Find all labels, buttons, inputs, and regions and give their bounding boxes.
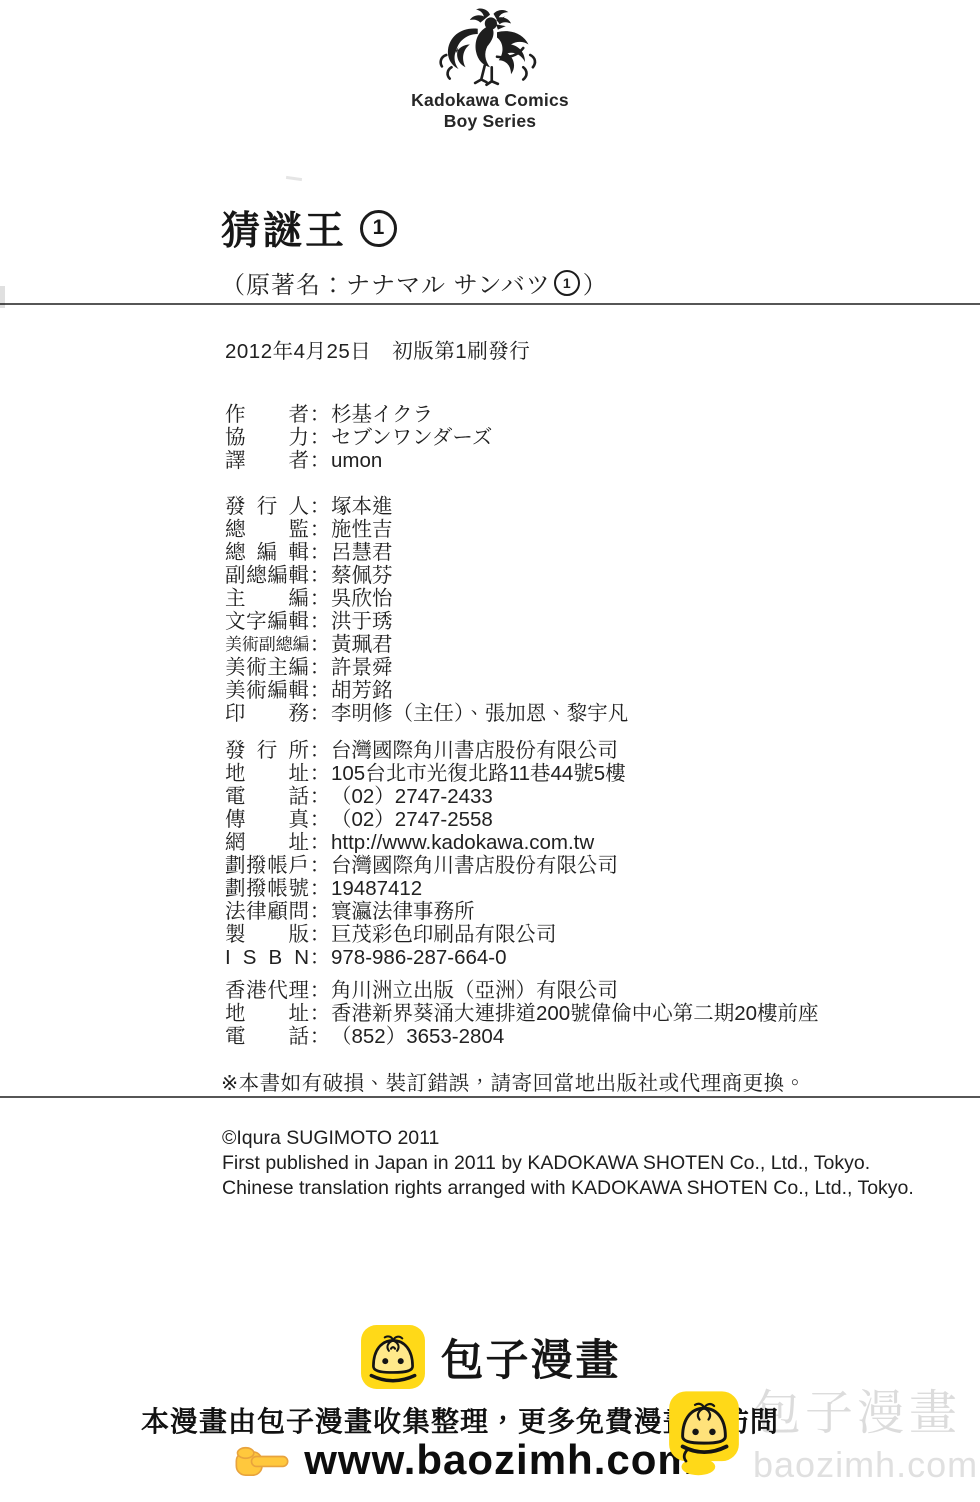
divider-top bbox=[0, 303, 980, 305]
row-label: 傳真 bbox=[225, 808, 309, 831]
copyright-line1: ©Iqura SUGIMOTO 2011 bbox=[222, 1126, 914, 1151]
colophon-row: 製版：巨茂彩色印刷品有限公司 bbox=[225, 923, 626, 946]
row-colon: ： bbox=[309, 426, 331, 449]
row-value: 吳欣怡 bbox=[331, 587, 393, 610]
scanlation-brand-row: 包子漫畫 bbox=[0, 1324, 980, 1390]
row-colon: ： bbox=[309, 1002, 331, 1025]
row-value: セブンワンダーズ bbox=[331, 426, 492, 449]
row-colon: ： bbox=[309, 808, 331, 831]
row-value: （02）2747-2558 bbox=[331, 808, 493, 831]
colophon-row: 地址：105台北市光復北路11巷44號5樓 bbox=[225, 762, 626, 785]
row-colon: ： bbox=[309, 1025, 331, 1048]
row-label: 地址 bbox=[225, 1002, 309, 1025]
row-label: 印務 bbox=[225, 702, 309, 725]
colophon-row: 主編：吳欣怡 bbox=[225, 587, 628, 610]
row-value: 黃珮君 bbox=[331, 633, 393, 656]
book-title-text: 猜謎王 bbox=[221, 200, 347, 256]
hongkong-group: 香港代理：角川洲立出版（亞洲）有限公司 地址：香港新界葵涌大連排道200號偉倫中… bbox=[225, 979, 819, 1048]
publisher-header: Kadokawa Comics Boy Series bbox=[0, 6, 980, 132]
baozi-mascot-icon bbox=[668, 1390, 740, 1476]
colophon-row: 文字編輯：洪于琇 bbox=[225, 610, 628, 633]
publisher-group: 發行所：台灣國際角川書店股份有限公司 地址：105台北市光復北路11巷44號5樓… bbox=[225, 739, 626, 969]
row-value: 杉基イクラ bbox=[331, 403, 433, 426]
colophon-row: 劃撥帳戶：台灣國際角川書店股份有限公司 bbox=[225, 854, 626, 877]
row-value: 呂慧君 bbox=[331, 541, 393, 564]
row-label: 主編 bbox=[225, 587, 309, 610]
colophon-row: 傳真：（02）2747-2558 bbox=[225, 808, 626, 831]
credits-group: 作者：杉基イクラ 協力：セブンワンダーズ 譯者：umon bbox=[225, 403, 492, 472]
title-block: 猜謎王 1 （原著名：ナナマル サンバツ 1 ） bbox=[221, 200, 608, 300]
row-label: 電話 bbox=[225, 1025, 309, 1048]
colophon-row: 香港代理：角川洲立出版（亞洲）有限公司 bbox=[225, 979, 819, 1002]
row-label: 文字編輯 bbox=[225, 610, 309, 633]
row-label: 總編輯 bbox=[225, 541, 309, 564]
print-date: 2012年4月25日 初版第1刷發行 bbox=[225, 334, 530, 364]
row-value: 19487412 bbox=[331, 877, 422, 900]
row-label: 網址 bbox=[225, 831, 309, 854]
row-label: 副總編輯 bbox=[225, 564, 309, 587]
staff-group: 發行人：塚本進 總監：施性吉 總編輯：呂慧君 副總編輯：蔡佩芬 主編：吳欣怡 文… bbox=[225, 495, 628, 725]
row-value: （852）3653-2804 bbox=[331, 1025, 504, 1048]
row-value: 塚本進 bbox=[331, 495, 393, 518]
row-value: 李明修（主任）、張加恩、黎宇凡 bbox=[331, 702, 628, 725]
colophon-row: 美術副總編：黃珮君 bbox=[225, 633, 628, 656]
series-name-line2: Boy Series bbox=[0, 111, 980, 132]
copyright-line2: First published in Japan in 2011 by KADO… bbox=[222, 1151, 914, 1176]
row-value: 胡芳銘 bbox=[331, 679, 393, 702]
colophon-row: 協力：セブンワンダーズ bbox=[225, 426, 492, 449]
row-value: （02）2747-2433 bbox=[331, 785, 493, 808]
row-colon: ： bbox=[309, 854, 331, 877]
damage-return-note: ※本書如有破損、裝訂錯誤，請寄回當地出版社或代理商更換。 bbox=[221, 1066, 806, 1096]
colophon-row: 劃撥帳號：19487412 bbox=[225, 877, 626, 900]
scanlation-brand-name: 包子漫畫 bbox=[441, 1327, 621, 1388]
original-title: （原著名：ナナマル サンバツ 1 ） bbox=[221, 265, 608, 300]
row-label: 地址 bbox=[225, 762, 309, 785]
row-value: 台灣國際角川書店股份有限公司 bbox=[331, 739, 618, 762]
row-label: 譯者 bbox=[225, 449, 309, 472]
colophon-row: 法律顧問：寰瀛法律事務所 bbox=[225, 900, 626, 923]
row-colon: ： bbox=[309, 979, 331, 1002]
row-colon: ： bbox=[309, 518, 331, 541]
series-name-line1: Kadokawa Comics bbox=[0, 90, 980, 111]
colophon-page: { "header": { "series_line1": "Kadokawa … bbox=[0, 0, 980, 1502]
row-colon: ： bbox=[309, 831, 331, 854]
row-label: 法律顧問 bbox=[225, 900, 309, 923]
row-colon: ： bbox=[309, 762, 331, 785]
row-value: 許景舜 bbox=[331, 656, 393, 679]
colophon-row: 印務：李明修（主任）、張加恩、黎宇凡 bbox=[225, 702, 628, 725]
row-value: 角川洲立出版（亞洲）有限公司 bbox=[331, 979, 618, 1002]
row-colon: ： bbox=[309, 633, 331, 656]
row-value: 香港新界葵涌大連排道200號偉倫中心第二期20樓前座 bbox=[331, 1002, 819, 1025]
colophon-row: 譯者：umon bbox=[225, 449, 492, 472]
scan-smudge bbox=[0, 286, 5, 308]
original-volume-badge: 1 bbox=[554, 270, 580, 296]
colophon-row: 總編輯：呂慧君 bbox=[225, 541, 628, 564]
row-label: 發行人 bbox=[225, 495, 309, 518]
row-colon: ： bbox=[309, 656, 331, 679]
row-label: 作者 bbox=[225, 403, 309, 426]
row-colon: ： bbox=[309, 739, 331, 762]
row-value: 蔡佩芬 bbox=[331, 564, 393, 587]
colophon-row: 副總編輯：蔡佩芬 bbox=[225, 564, 628, 587]
colophon-row: 美術編輯：胡芳銘 bbox=[225, 679, 628, 702]
scanlation-notice: 本漫畫由包子漫畫收集整理，更多免費漫畫請訪問 bbox=[0, 1400, 920, 1440]
row-value: 105台北市光復北路11巷44號5樓 bbox=[331, 762, 626, 785]
colophon-row: 美術主編：許景舜 bbox=[225, 656, 628, 679]
row-value: http://www.kadokawa.com.tw bbox=[331, 831, 594, 854]
phoenix-icon bbox=[431, 6, 549, 90]
row-label: 發行所 bbox=[225, 739, 309, 762]
colophon-row: 地址：香港新界葵涌大連排道200號偉倫中心第二期20樓前座 bbox=[225, 1002, 819, 1025]
row-colon: ： bbox=[309, 679, 331, 702]
row-label: 電話 bbox=[225, 785, 309, 808]
colophon-row: 總監：施性吉 bbox=[225, 518, 628, 541]
row-value: 巨茂彩色印刷品有限公司 bbox=[331, 923, 557, 946]
row-label: 香港代理 bbox=[225, 979, 309, 1002]
row-label: 美術主編 bbox=[225, 656, 309, 679]
row-value: 施性吉 bbox=[331, 518, 393, 541]
divider-bottom bbox=[0, 1096, 980, 1098]
row-value: umon bbox=[331, 449, 382, 472]
original-title-text: （原著名：ナナマル サンバツ bbox=[221, 265, 551, 300]
copyright-line3: Chinese translation rights arranged with… bbox=[222, 1176, 914, 1201]
colophon-row: 作者：杉基イクラ bbox=[225, 403, 492, 426]
row-colon: ： bbox=[309, 610, 331, 633]
scan-smudge bbox=[286, 176, 302, 181]
row-colon: ： bbox=[309, 923, 331, 946]
row-label: 劃撥帳戶 bbox=[225, 854, 309, 877]
row-label: 美術編輯 bbox=[225, 679, 309, 702]
row-value: 洪于琇 bbox=[331, 610, 393, 633]
row-colon: ： bbox=[309, 564, 331, 587]
colophon-row: 網址：http://www.kadokawa.com.tw bbox=[225, 831, 626, 854]
row-colon: ： bbox=[309, 541, 331, 564]
book-title: 猜謎王 1 bbox=[221, 200, 608, 256]
row-label: 協力 bbox=[225, 426, 309, 449]
row-colon: ： bbox=[309, 495, 331, 518]
baozi-bun-icon bbox=[360, 1324, 426, 1390]
original-title-close: ） bbox=[583, 265, 608, 300]
row-colon: ： bbox=[309, 449, 331, 472]
colophon-row: 發行所：台灣國際角川書店股份有限公司 bbox=[225, 739, 626, 762]
row-colon: ： bbox=[309, 877, 331, 900]
row-label: 製版 bbox=[225, 923, 309, 946]
row-label: I S B N bbox=[225, 946, 309, 969]
row-label: 劃撥帳號 bbox=[225, 877, 309, 900]
row-label: 美術副總編 bbox=[225, 633, 309, 656]
row-value: 978-986-287-664-0 bbox=[331, 946, 507, 969]
scanlation-url[interactable]: www.baozimh.com bbox=[304, 1436, 695, 1484]
colophon-row: 電話：（02）2747-2433 bbox=[225, 785, 626, 808]
row-value: 台灣國際角川書店股份有限公司 bbox=[331, 854, 618, 877]
row-colon: ： bbox=[309, 785, 331, 808]
colophon-row: I S B N：978-986-287-664-0 bbox=[225, 946, 626, 969]
pointing-finger-icon bbox=[234, 1441, 290, 1479]
row-label: 總監 bbox=[225, 518, 309, 541]
colophon-row: 電話：（852）3653-2804 bbox=[225, 1025, 819, 1048]
copyright-block: ©Iqura SUGIMOTO 2011 First published in … bbox=[222, 1126, 914, 1201]
row-colon: ： bbox=[309, 587, 331, 610]
row-colon: ： bbox=[309, 702, 331, 725]
row-colon: ： bbox=[309, 946, 331, 969]
row-value: 寰瀛法律事務所 bbox=[331, 900, 475, 923]
row-colon: ： bbox=[309, 900, 331, 923]
colophon-row: 發行人：塚本進 bbox=[225, 495, 628, 518]
volume-badge: 1 bbox=[360, 210, 397, 247]
scanlation-url-row: www.baozimh.com bbox=[0, 1436, 930, 1484]
row-colon: ： bbox=[309, 403, 331, 426]
